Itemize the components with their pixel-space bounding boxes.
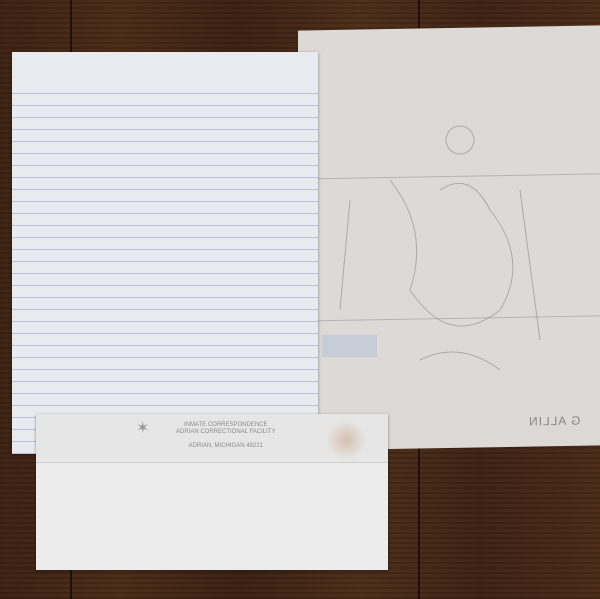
lined-paper <box>12 52 318 454</box>
mirrored-signature: G ALLIN <box>528 414 581 429</box>
return-address: INMATE CORRESPONDENCE ADRIAN CORRECTIONA… <box>176 422 275 450</box>
tape <box>322 335 377 357</box>
paper-header-margin <box>12 52 318 82</box>
facility-logo-icon: ✶ <box>136 418 149 438</box>
flap-stain <box>326 420 366 460</box>
envelope: ✶ INMATE CORRESPONDENCE ADRIAN CORRECTIO… <box>36 414 388 570</box>
